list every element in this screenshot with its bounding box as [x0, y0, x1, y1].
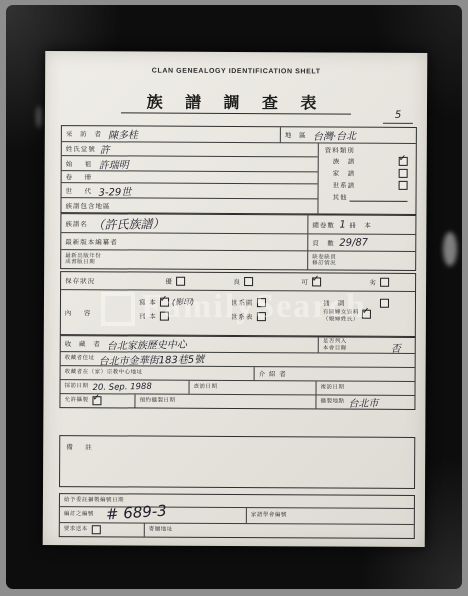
ancestor-cell: 始 祖 許瑞明: [62, 156, 318, 172]
visit-date-cell: 採訪日期 20. Sep. 1988: [61, 380, 190, 394]
pages-label: 頁 數: [312, 238, 335, 247]
film-place-value: 台北市: [348, 394, 378, 410]
zupu-checkbox: ✓: [399, 156, 408, 165]
poor-checkbox: [380, 278, 389, 287]
content-col-editions: 寫 本 ✓ (影印) 刊 本: [139, 294, 231, 334]
content-col-extras: 插 圖 有關婦女資料 （媳婦姓氏） ✓: [323, 295, 415, 335]
mailing-address-cell: 寄贈地址: [145, 524, 414, 538]
film-appointment-cell: 預約攝製日期: [135, 394, 316, 408]
women-info-checkbox: ✓: [362, 310, 371, 319]
content-col-pedigree: 世系圖 世系表: [231, 295, 323, 335]
page-number-value: 5: [395, 110, 402, 121]
page-number: 5: [383, 105, 413, 124]
pedigree-table-checkbox: [256, 312, 265, 321]
publication-date-label: 成書版日期: [65, 259, 95, 266]
society-number-cell: 家譜學會編號: [247, 508, 414, 524]
table-identity: 采 訪 者 陳多桂 地 區 台灣·台北 姓氏堂號 許 始 祖 許瑞明 卷 冊: [60, 125, 416, 215]
table-genealogy: 族譜名 （許氏族譜） 總卷數 1 冊 本 最新版本編纂者 頁 數 29/87 最…: [60, 213, 416, 271]
women-info-option: 有關婦女資料 （媳婦姓氏） ✓: [323, 309, 415, 322]
excellent-checkbox: [176, 277, 185, 286]
film-smudge: [36, 106, 42, 128]
owner-address-label: 收藏者住址: [65, 355, 95, 362]
religious-center-label: 收藏者在（家）宗教中心地址: [65, 369, 143, 376]
title-underline: [121, 111, 351, 114]
total-volumes-label: 總卷數: [312, 220, 335, 229]
volumes-label: 卷 冊: [66, 172, 95, 181]
condition-poor: 劣: [369, 278, 389, 287]
category-option-jiapu: 家 譜: [319, 166, 416, 179]
pedigree-chart-checkbox: [256, 298, 265, 307]
film-permit-label: 允許攝製: [64, 397, 88, 404]
pedigree-chart-option: 世系圖: [231, 295, 323, 309]
women-info-note: （媳婦姓氏）: [323, 316, 359, 323]
filming-header-label: 給予委託攝製編號日期: [64, 497, 124, 504]
shixipu-checkbox: [399, 180, 408, 189]
film-smudge: [443, 232, 457, 266]
genealogy-title-cell: 族譜名 （許氏族譜）: [61, 214, 308, 233]
table-filming-number: 給予委託攝製編號日期 編訂之編號 # 689-3 家譜學會編號 要求送本 寄贈地…: [59, 493, 415, 539]
manuscript-note: (影印): [172, 296, 194, 307]
condition-options-cell: 優 良 可 ✓ 劣: [139, 272, 415, 290]
mailing-address-label: 寄贈地址: [149, 527, 173, 534]
followup-date-cell: 複訪日期: [317, 381, 415, 395]
generations-label: 世 代: [66, 186, 95, 195]
film-place-cell: 攝製地點 台北市: [316, 395, 414, 409]
assigned-number-value: # 689-3: [105, 502, 167, 524]
ancestor-label: 始 祖: [66, 159, 95, 168]
surname-value: 許: [100, 141, 110, 156]
copy-request-checkbox: [92, 525, 101, 534]
interviewer-cell: 采 訪 者 陳多桂: [62, 126, 281, 142]
printed-checkbox: [160, 311, 169, 320]
film-permit-checkbox: ✓: [92, 396, 101, 405]
scanned-form-page: CLAN GENEALOGY IDENTIFICATION SHELT 族 譜 …: [43, 51, 428, 547]
category-option-shixipu: 世系譜: [319, 178, 416, 191]
condition-label-cell: 保存狀況: [61, 272, 139, 289]
other-label: 其他: [333, 192, 348, 201]
condition-fair: 可 ✓: [301, 277, 321, 286]
referrer-cell: 介 紹 者: [255, 367, 415, 381]
listed-cell: 是否列入 本會目錄 否: [319, 337, 415, 353]
table-owner: 收 藏 者 台北家族歷史中心 是否列入 本會目錄 否 收藏者住址 台北市金華街1…: [59, 335, 415, 410]
owner-label: 收 藏 者: [65, 339, 103, 348]
defects-cell: 缺卷缺頁 修訂情況: [308, 251, 415, 270]
area-value: 台灣·台北: [313, 127, 356, 143]
copy-request-label: 要求送本: [64, 526, 88, 533]
genealogy-title-value: （許氏族譜）: [92, 214, 164, 233]
remarks-box: 備 註: [59, 435, 415, 489]
content-label: 內 容: [65, 308, 94, 317]
revisit-date-cell: 查訪日期: [190, 381, 317, 395]
condition-good: 良: [233, 277, 253, 286]
area-cell: 地 區 台灣·台北: [281, 127, 416, 143]
content-label-cell: 內 容: [61, 290, 139, 334]
remarks-label: 備 註: [66, 442, 95, 451]
region-cell: 族譜包含地區: [61, 198, 317, 213]
listed-value: 否: [391, 340, 401, 355]
revision-label: 修訂情況: [312, 260, 336, 267]
table-condition: 保存狀況 優 良 可 ✓ 劣: [60, 271, 416, 337]
surname-label: 姓氏堂號: [66, 144, 96, 153]
printed-option: 刊 本: [139, 308, 231, 322]
assigned-number-cell: 編訂之編號 # 689-3: [60, 507, 247, 523]
condition-label: 保存狀況: [65, 276, 95, 285]
surname-cell: 姓氏堂號 許: [62, 142, 318, 157]
referrer-label: 介 紹 者: [259, 369, 287, 378]
compiler-label: 最新版本編纂者: [65, 237, 118, 246]
chinese-title: 族 譜 調 查 表: [45, 89, 427, 114]
other-blank-line: [350, 192, 408, 201]
owner-address-value: 台北市金華街183巷5號: [99, 350, 205, 367]
area-label: 地 區: [285, 130, 309, 139]
genealogy-title-label: 族譜名: [65, 219, 88, 228]
good-checkbox: [244, 277, 253, 286]
category-option-zupu: 族 譜 ✓: [319, 154, 416, 167]
generations-cell: 世 代 3-29世: [62, 183, 318, 199]
assigned-number-label: 編訂之編號: [64, 511, 94, 518]
condition-excellent: 優: [165, 277, 185, 286]
total-volumes-unit: 冊 本: [349, 220, 372, 229]
jiapu-checkbox: [399, 168, 408, 177]
english-title: CLAN GENEALOGY IDENTIFICATION SHELT: [45, 67, 427, 76]
category-option-other: 其他: [319, 190, 416, 203]
film-permit-cell: 允許攝製 ✓: [60, 394, 135, 407]
total-volumes-value: 1: [339, 219, 346, 230]
owner-address-cell: 收藏者住址 台北市金華街183巷5號: [61, 352, 415, 367]
visit-date-label: 採訪日期: [65, 383, 89, 390]
copy-request-cell: 要求送本: [60, 523, 145, 536]
category-cell: 資料類別 族 譜 ✓ 家 譜 世系譜 其他: [318, 143, 415, 214]
religious-center-cell: 收藏者在（家）宗教中心地址: [61, 366, 255, 380]
illustrations-checkbox: [380, 298, 389, 307]
fair-checkbox: ✓: [312, 277, 321, 286]
compiler-cell: 最新版本編纂者: [61, 233, 308, 250]
film-place-label: 攝製地點: [320, 399, 344, 406]
followup-date-label: 複訪日期: [321, 385, 345, 392]
interviewer-value: 陳多桂: [108, 126, 138, 142]
film-appointment-label: 預約攝製日期: [139, 398, 175, 405]
region-label: 族譜包含地區: [65, 201, 110, 210]
pages-cell: 頁 數 29/87: [308, 234, 415, 251]
pages-value: 29/87: [339, 237, 368, 249]
pedigree-table-option: 世系表: [231, 309, 323, 323]
society-number-label: 家譜學會編號: [251, 512, 287, 519]
manuscript-checkbox: ✓: [160, 297, 169, 306]
visit-date-value: 20. Sep. 1988: [92, 381, 151, 392]
publication-cell: 最新出版年份 成書版日期: [61, 250, 308, 269]
total-volumes-cell: 總卷數 1 冊 本: [308, 215, 415, 234]
ancestor-value: 許瑞明: [98, 156, 128, 172]
revisit-date-label: 查訪日期: [194, 384, 218, 391]
owner-value: 台北家族歷史中心: [107, 336, 187, 353]
interviewer-label: 采 訪 者: [66, 129, 104, 138]
generations-value: 3-29世: [98, 183, 131, 199]
manuscript-option: 寫 本 ✓ (影印): [139, 294, 231, 308]
